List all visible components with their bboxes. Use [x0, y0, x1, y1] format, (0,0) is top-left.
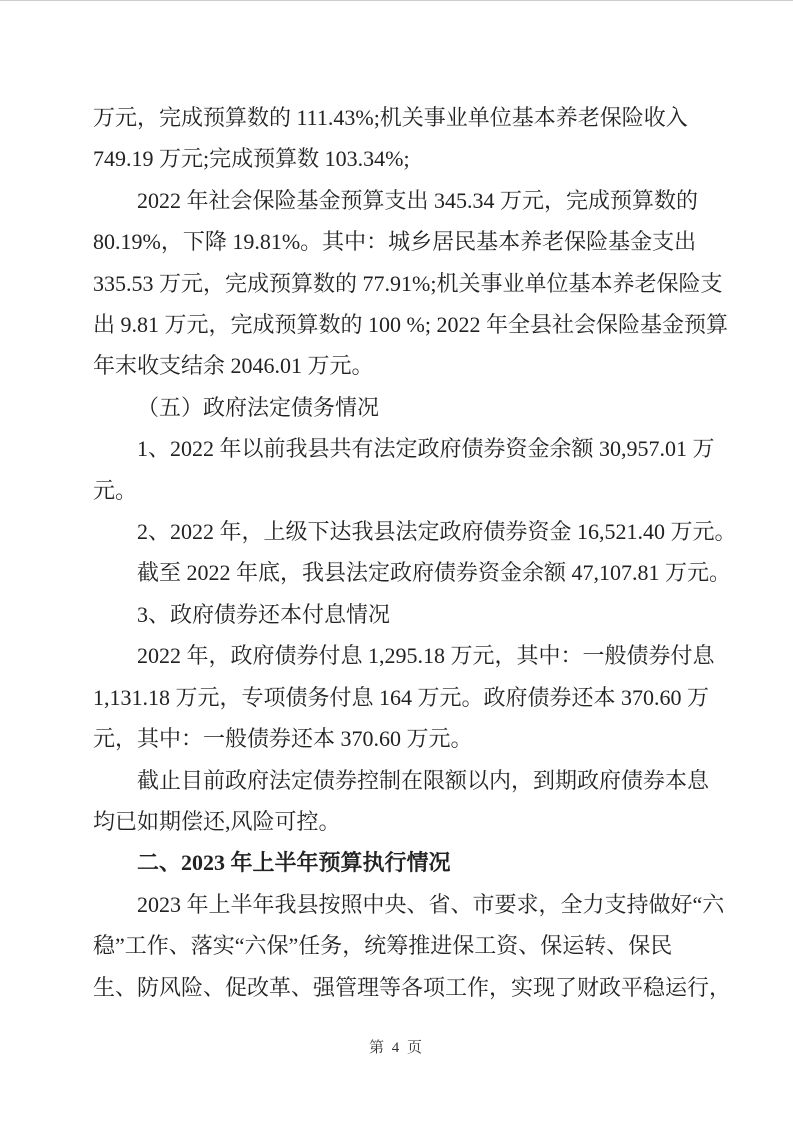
text-line: 截至 2022 年底，我县法定政府债券资金余额 47,107.81 万元。	[93, 552, 709, 593]
text-line: 2023 年上半年我县按照中央、省、市要求，全力支持做好“六	[93, 884, 709, 925]
document-body: 万元，完成预算数的 111.43%;机关事业单位基本养老保险收入749.19 万…	[93, 97, 709, 1008]
page-footer: 第 4 页	[0, 1036, 793, 1057]
text-line: 出 9.81 万元，完成预算数的 100 %; 2022 年全县社会保险基金预算	[93, 304, 709, 345]
text-line: 截止目前政府法定债券控制在限额以内，到期政府债券本息	[93, 760, 709, 801]
text-line: 元。	[93, 470, 709, 511]
text-line: 元，其中：一般债券还本 370.60 万元。	[93, 718, 709, 759]
text-line: 1,131.18 万元，专项债务付息 164 万元。政府债券还本 370.60 …	[93, 677, 709, 718]
text-line: 749.19 万元;完成预算数 103.34%;	[93, 138, 709, 179]
text-line: 80.19%，下降 19.81%。其中：城乡居民基本养老保险基金支出	[93, 221, 709, 262]
text-line: 生、防风险、促改革、强管理等各项工作，实现了财政平稳运行，	[93, 967, 709, 1008]
text-line: 335.53 万元，完成预算数的 77.91%;机关事业单位基本养老保险支	[93, 263, 709, 304]
text-line: （五）政府法定债务情况	[93, 387, 709, 428]
text-line: 2、2022 年，上级下达我县法定政府债券资金 16,521.40 万元。	[93, 511, 709, 552]
text-line: 2022 年，政府债券付息 1,295.18 万元，其中：一般债券付息	[93, 635, 709, 676]
text-line: 1、2022 年以前我县共有法定政府债券资金余额 30,957.01 万	[93, 428, 709, 469]
document-page: { "page": { "background": "#ffffff", "te…	[0, 0, 793, 1122]
text-line: 稳”工作、落实“六保”任务，统筹推进保工资、保运转、保民	[93, 925, 709, 966]
section-heading-line: 二、2023 年上半年预算执行情况	[93, 842, 709, 883]
text-line: 年末收支结余 2046.01 万元。	[93, 345, 709, 386]
text-line: 均已如期偿还,风险可控。	[93, 801, 709, 842]
text-line: 2022 年社会保险基金预算支出 345.34 万元，完成预算数的	[93, 180, 709, 221]
text-line: 万元，完成预算数的 111.43%;机关事业单位基本养老保险收入	[93, 97, 709, 138]
page-top-edge	[0, 0, 793, 1]
page-number: 第 4 页	[369, 1040, 424, 1056]
text-line: 3、政府债券还本付息情况	[93, 594, 709, 635]
